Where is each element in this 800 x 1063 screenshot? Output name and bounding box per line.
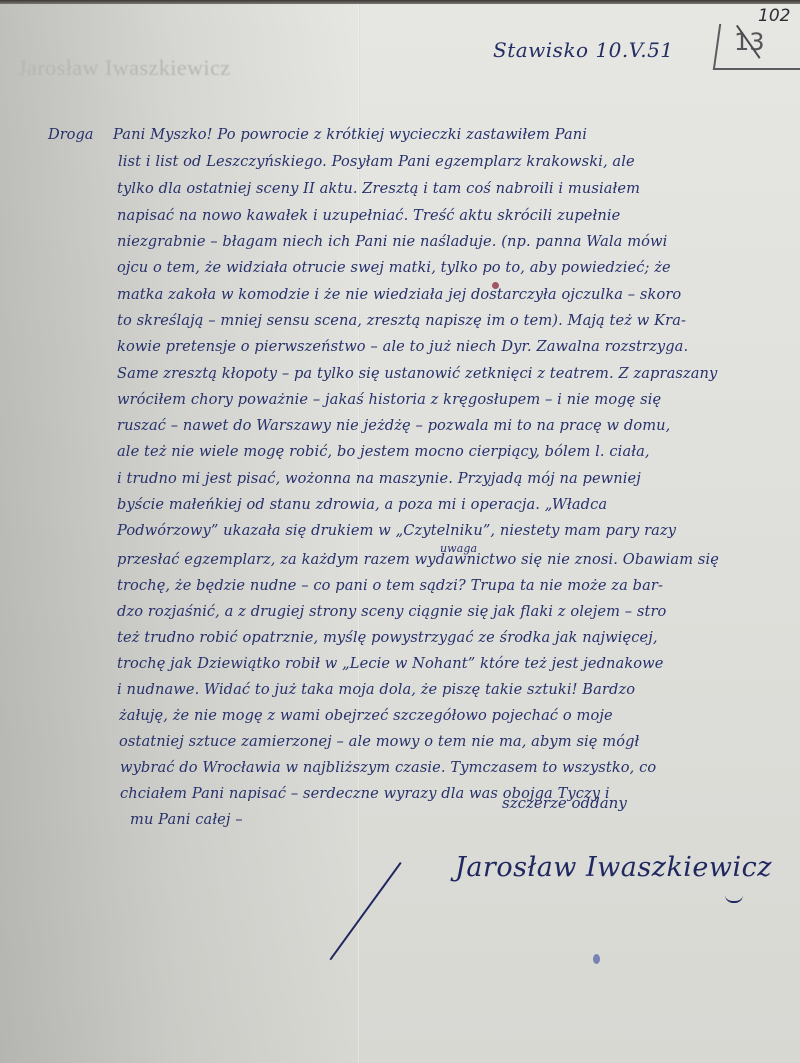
letter-line: wróciłem chory poważnie – jakaś historia… xyxy=(117,391,661,408)
letter-line: trochę jak Dziewiątko robił w „Lecie w N… xyxy=(117,655,663,672)
letter-line: Same zresztą kłopoty – pa tylko się usta… xyxy=(117,365,717,382)
letter-line: też trudno robić opatrznie, myślę powyst… xyxy=(117,629,658,646)
letter-line: list i list od Leszczyńskiego. Posyłam P… xyxy=(118,153,635,170)
letter-line: Podwórzowy” ukazała się drukiem w „Czyte… xyxy=(117,522,676,539)
letter-line: i trudno mi jest pisać, wożonna na maszy… xyxy=(117,470,641,487)
letter-line: trochę, że będzie nudne – co pani o tem … xyxy=(117,577,663,594)
salutation-prefix: Droga xyxy=(48,126,94,143)
letter-line: ale też nie wiele mogę robić, bo jestem … xyxy=(117,443,650,460)
letter-line: Pani Myszko! Po powrocie z krótkiej wyci… xyxy=(113,126,587,143)
signature: Jarosław Iwaszkiewicz xyxy=(455,852,772,883)
red-ink-mark xyxy=(492,282,499,289)
letter-line: ostatniej sztuce zamierzonej – ale mowy … xyxy=(119,733,639,750)
ink-blot xyxy=(593,954,600,964)
letter-line: mu Pani całej – xyxy=(130,811,243,828)
letter-line: matka zakoła w komodzie i że nie wiedzia… xyxy=(117,286,681,303)
letterhead: Jarosław Iwaszkiewicz xyxy=(18,55,231,81)
letter-line: ruszać – nawet do Warszawy nie jeżdżę – … xyxy=(117,417,670,434)
letter-line: kowie pretensje o pierwszeństwo – ale to… xyxy=(117,338,688,355)
letter-line: byście małeńkiej od stanu zdrowia, a poz… xyxy=(117,496,607,513)
letter-line: napisać na nowo kawałek i uzupełniać. Tr… xyxy=(117,207,620,224)
letter-line: tylko dla ostatniej sceny II aktu. Zresz… xyxy=(117,180,640,197)
letter-line: niezgrabnie – błagam niech ich Pani nie … xyxy=(117,233,667,250)
letter-line: przesłać egzemplarz, za każdym razem wyd… xyxy=(117,551,719,568)
letter-line: i nudnawe. Widać to już taka moja dola, … xyxy=(117,681,635,698)
letter-line: wybrać do Wrocławia w najbliższym czasie… xyxy=(120,759,656,776)
archive-number: 102 xyxy=(758,6,790,26)
letter-line: to skreślają – mniej sensu scena, zreszt… xyxy=(117,312,686,329)
closing-phrase: szczerze oddany xyxy=(502,794,627,812)
letter-line: ojcu o tem, że widziała otrucie swej mat… xyxy=(117,259,671,276)
letter-line: żałuję, że nie mogę z wami obejrzeć szcz… xyxy=(119,707,613,724)
place-date: Stawisko 10.V.51 xyxy=(493,38,674,62)
letter-line: dzo rozjaśnić, a z drugiej strony sceny … xyxy=(117,603,666,620)
